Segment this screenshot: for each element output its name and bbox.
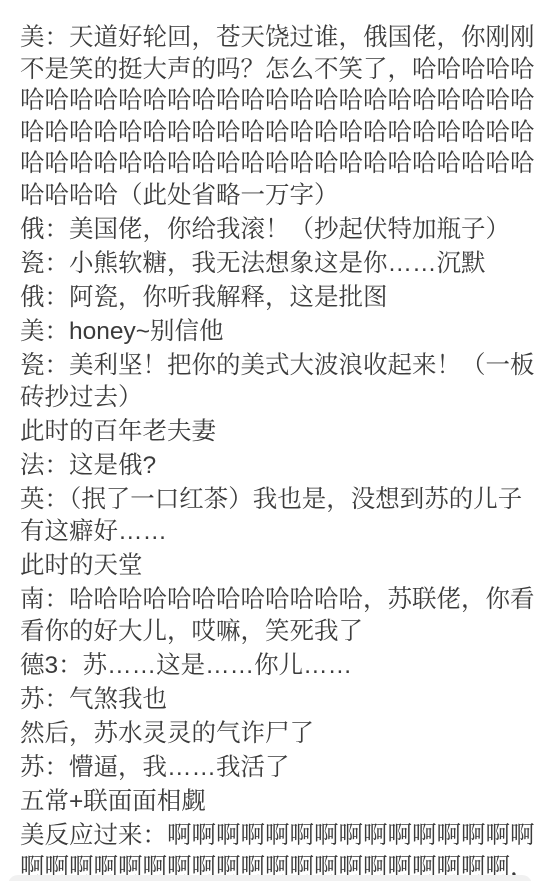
narration-line: 五常+联面面相觑 <box>20 786 536 818</box>
dialogue-line: 美反应过来：啊啊啊啊啊啊啊啊啊啊啊啊啊啊啊啊啊啊啊啊啊啊啊啊啊啊啊啊啊啊啊啊啊啊… <box>20 820 536 881</box>
dialogue-line: 瓷：小熊软糖，我无法想象这是你……沉默 <box>20 248 536 280</box>
dialogue-line: 英：（抿了一口红茶）我也是，没想到苏的儿子有这癖好…… <box>20 484 536 547</box>
narration-line: 此时的天堂 <box>20 550 536 582</box>
page: { "page": { "background": "#ffffff", "te… <box>0 0 540 881</box>
dialogue-line: 苏：懵逼，我……我活了 <box>20 752 536 784</box>
dialogue-line: 俄：美国佬，你给我滚！（抄起伏特加瓶子） <box>20 214 536 246</box>
dialogue-line: 俄：阿瓷，你听我解释，这是批图 <box>20 282 536 314</box>
bottom-sheet-edge <box>8 875 532 881</box>
post-body: 美：天道好轮回，苍天饶过谁，俄国佬，你刚刚不是笑的挺大声的吗？怎么不笑了，哈哈哈… <box>0 0 540 881</box>
narration-line: 此时的百年老夫妻 <box>20 416 536 448</box>
dialogue-line: 南：哈哈哈哈哈哈哈哈哈哈哈哈，苏联佬，你看看你的好大儿，哎嘛，笑死我了 <box>20 584 536 647</box>
narration-line: 然后，苏水灵灵的气诈尸了 <box>20 718 536 750</box>
dialogue-line: 瓷：美利坚！把你的美式大波浪收起来！（一板砖抄过去） <box>20 350 536 413</box>
dialogue-line: 美：天道好轮回，苍天饶过谁，俄国佬，你刚刚不是笑的挺大声的吗？怎么不笑了，哈哈哈… <box>20 22 536 212</box>
dialogue-line: 德3：苏……这是……你儿…… <box>20 650 536 682</box>
dialogue-line: 苏：气煞我也 <box>20 684 536 716</box>
dialogue-line: 法：这是俄? <box>20 450 536 482</box>
dialogue-line: 美：honey~别信他 <box>20 316 536 348</box>
